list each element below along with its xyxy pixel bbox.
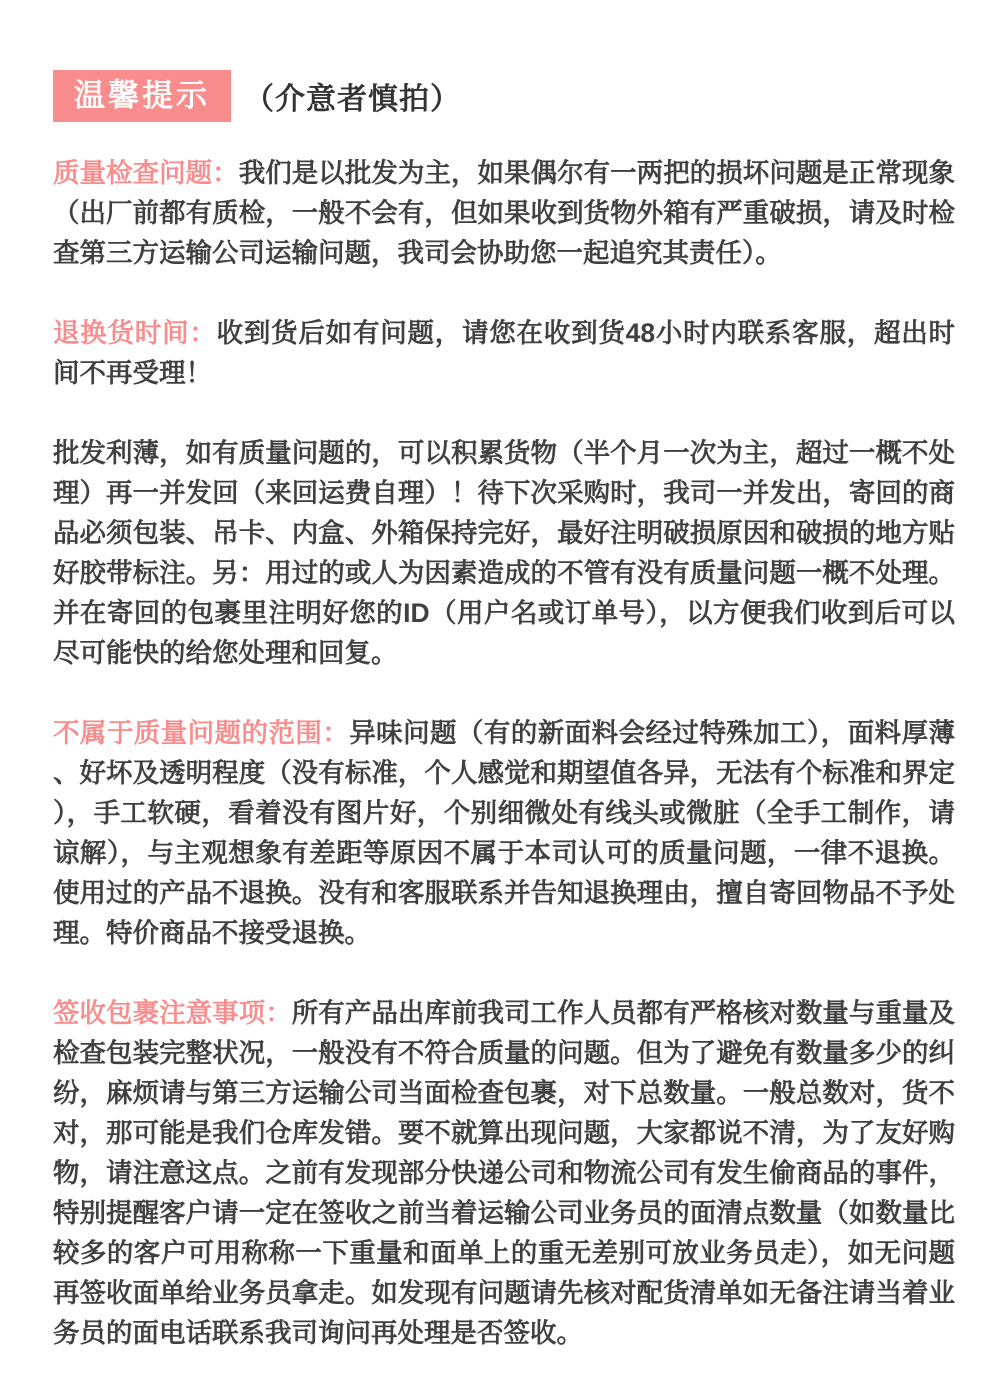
paragraph-quality-check: 质量检查问题：我们是以批发为主，如果偶尔有一两把的损坏问题是正常现象（出厂前都有… [53, 153, 955, 273]
paragraph-label-return-time: 退换货时间： [53, 318, 217, 348]
paragraph-label-quality-check: 质量检查问题： [53, 158, 239, 188]
paragraph-package-signing: 签收包裹注意事项：所有产品出库前我司工作人员都有严格核对数量与重量及检查包装完整… [53, 993, 955, 1353]
paragraph-label-package-signing: 签收包裹注意事项： [53, 998, 292, 1028]
paragraph-text-wholesale-policy: 批发利薄，如有质量问题的，可以积累货物（半个月一次为主，超过一概不处理）再一并发… [53, 438, 955, 668]
paragraph-text-not-quality-issues: 异味问题（有的新面料会经过特殊加工），面料厚薄、好坏及透明程度（没有标准，个人感… [53, 718, 955, 948]
paragraph-label-not-quality-issues: 不属于质量问题的范围： [53, 718, 349, 748]
notice-header: 温馨提示 （介意者慎拍） [53, 70, 1000, 122]
header-subtitle: （介意者慎拍） [244, 74, 461, 118]
warm-tips-notice: 温馨提示 （介意者慎拍） 质量检查问题：我们是以批发为主，如果偶尔有一两把的损坏… [0, 0, 1000, 1396]
paragraph-text-package-signing: 所有产品出库前我司工作人员都有严格核对数量与重量及检查包装完整状况，一般没有不符… [53, 998, 955, 1348]
paragraph-return-time: 退换货时间：收到货后如有问题，请您在收到货48小时内联系客服，超出时间不再受理！ [53, 313, 955, 393]
paragraph-wholesale-policy: 批发利薄，如有质量问题的，可以积累货物（半个月一次为主，超过一概不处理）再一并发… [53, 433, 955, 673]
warm-tips-badge: 温馨提示 [53, 70, 231, 122]
paragraph-not-quality-issues: 不属于质量问题的范围：异味问题（有的新面料会经过特殊加工），面料厚薄、好坏及透明… [53, 713, 955, 953]
